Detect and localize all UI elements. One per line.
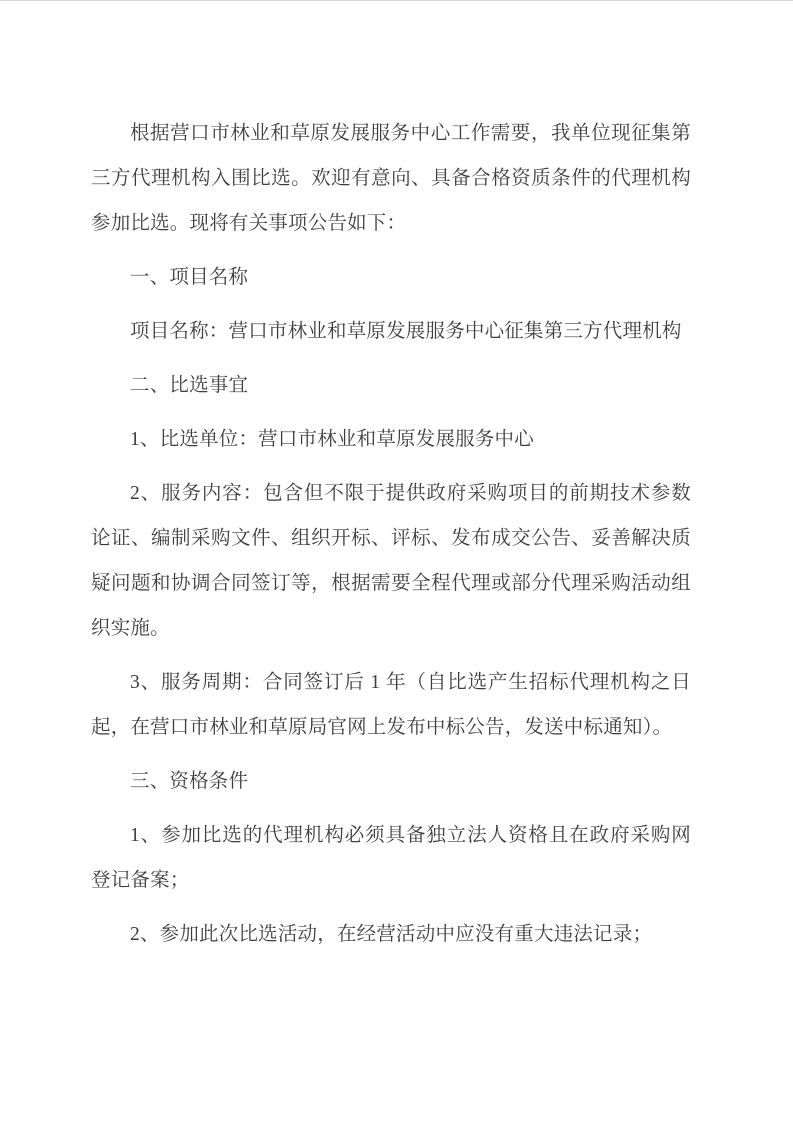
item-qualification-1: 1、参加比选的代理机构必须具备独立法人资格且在政府采购网登记备案； xyxy=(91,813,691,903)
item-selection-unit: 1、比选单位：营口市林业和草原发展服务中心 xyxy=(91,417,691,462)
item-service-content: 2、服务内容：包含但不限于提供政府采购项目的前期技术参数论证、编制采购文件、组织… xyxy=(91,471,691,651)
item-qualification-2: 2、参加此次比选活动，在经营活动中应没有重大违法记录； xyxy=(91,912,691,957)
section-1-heading: 一、项目名称 xyxy=(91,255,691,300)
intro-paragraph: 根据营口市林业和草原发展服务中心工作需要，我单位现征集第三方代理机构入围比选。欢… xyxy=(91,111,691,246)
document-page: 根据营口市林业和草原发展服务中心工作需要，我单位现征集第三方代理机构入围比选。欢… xyxy=(0,0,793,1122)
section-3-heading: 三、资格条件 xyxy=(91,759,691,804)
project-name-line: 项目名称：营口市林业和草原发展服务中心征集第三方代理机构 xyxy=(91,309,691,354)
section-2-heading: 二、比选事宜 xyxy=(91,363,691,408)
item-service-period: 3、服务周期：合同签订后 1 年（自比选产生招标代理机构之日起，在营口市林业和草… xyxy=(91,660,691,750)
